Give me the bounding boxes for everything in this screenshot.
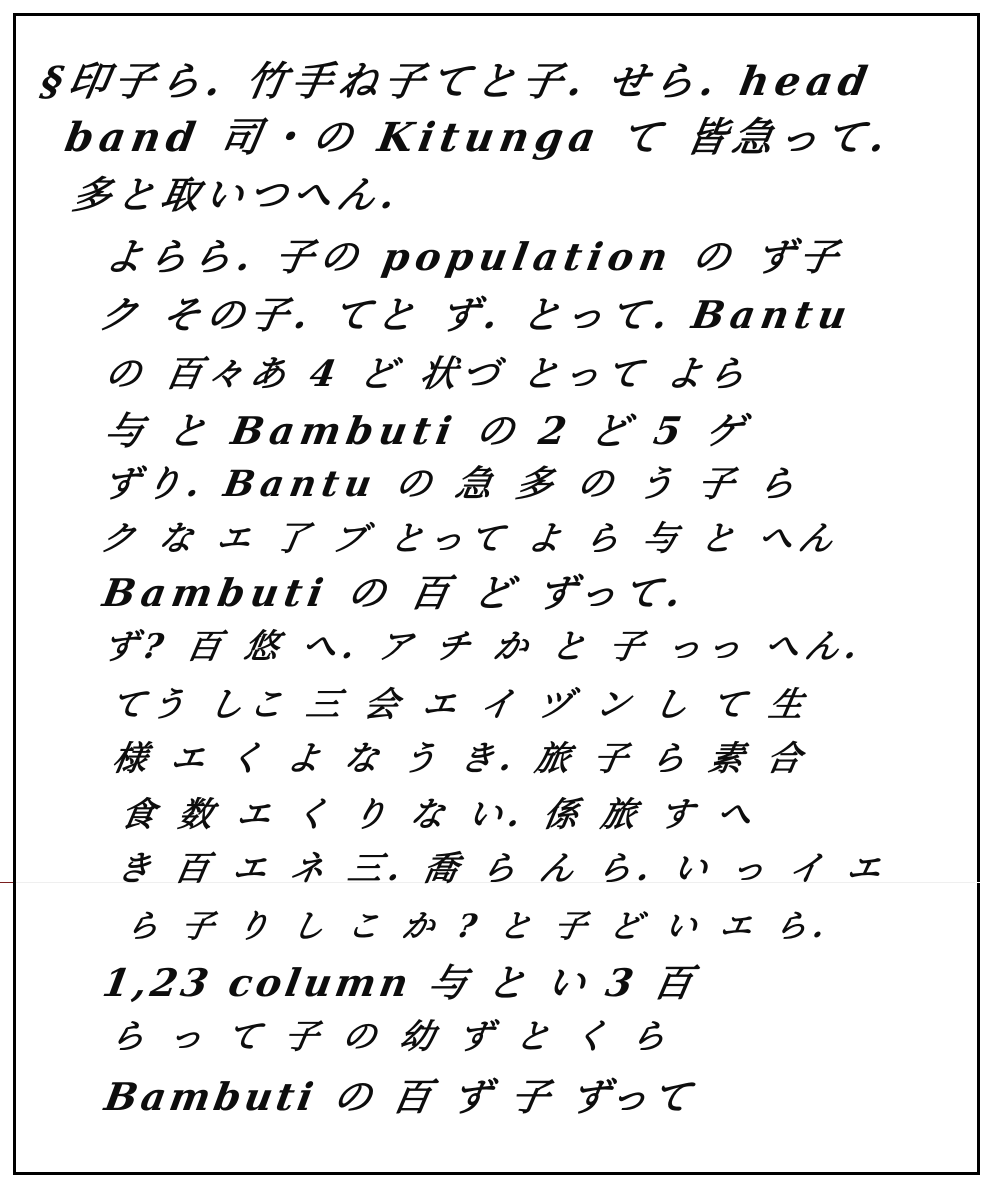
scan-artifact-left-tick: [0, 882, 13, 883]
handwritten-line-14: 食 数 エ く り な い. 係 旅 す へ: [118, 798, 760, 832]
scan-artifact-right-gap: [975, 882, 991, 883]
handwritten-line-19: Bambuti の 百 ず 子 ずって: [102, 1078, 698, 1116]
handwritten-line-2: band 司・の Kitunga て 皆急って.: [62, 118, 894, 158]
handwritten-line-18: ら っ て 子 の 幼 ず と く ら: [108, 1020, 675, 1054]
handwritten-line-5: ク その子. てと ず. とって. Bantu: [96, 296, 855, 334]
handwritten-line-16: ら 子 り し こ か ? と 子 ど い エ ら.: [124, 910, 833, 942]
handwritten-line-17: 1,23 column 与 と い 3 百: [100, 964, 699, 1002]
handwritten-line-1: §印子ら. 竹手ね子てと子. せら. head: [38, 62, 876, 102]
handwritten-line-3: 多と取いつへん.: [70, 176, 404, 214]
handwritten-line-13: 様 エ く よ な う き. 旅 子 ら 素 合: [110, 742, 810, 776]
handwritten-line-4: よらら. 子の population の ず子: [102, 238, 847, 276]
handwritten-line-6: の 百々あ 4 ど 状づ とって よら: [102, 356, 754, 392]
handwritten-line-8: ずり. Bantu の 急 多 の う 子 ら: [100, 466, 804, 502]
handwritten-line-7: 与 と Bambuti の 2 ど 5 ゲ: [102, 412, 753, 450]
handwritten-line-11: ず? 百 悠 へ. ア チ か と 子 っっ へん.: [100, 630, 866, 664]
handwritten-line-12: てう しこ 三 会 エ イ ヅ ン し て 生: [108, 688, 812, 722]
handwritten-line-10: Bambuti の 百 ど ずって.: [100, 574, 690, 612]
handwritten-line-15: き 百 エ ネ 三. 喬 ら ん ら. い っ イ エ: [114, 852, 890, 886]
handwritten-line-9: ク な エ 了 ブ とって よ ら 与 と へん: [98, 522, 842, 556]
